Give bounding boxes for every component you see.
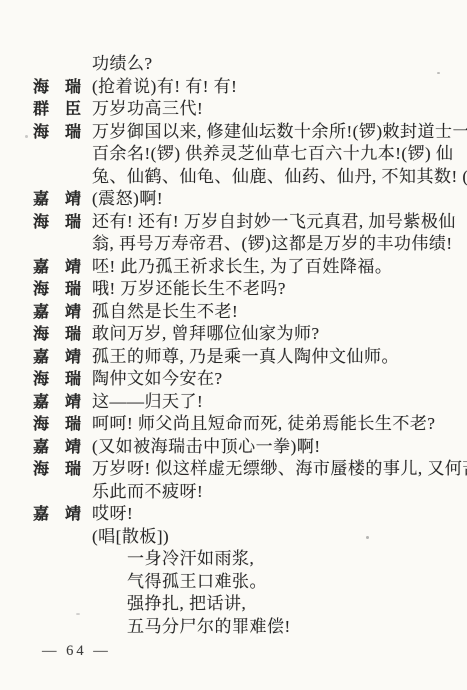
dialogue-text: 功绩么?: [92, 53, 453, 76]
dialogue-text: 哎呀!: [92, 503, 453, 526]
script-line: 海 瑞(抢着说)有! 有! 有!: [33, 76, 453, 99]
scan-speck: [76, 613, 80, 615]
dialogue-text: 孤王的师尊, 乃是乘一真人陶仲文仙师。: [92, 346, 453, 369]
dialogue-text: 万岁功高三代!: [92, 98, 453, 121]
dialogue-text: 兔、仙鹤、仙龟、仙鹿、仙药、仙丹, 不知其数! (锣): [92, 166, 467, 189]
speaker-name: 群 臣: [33, 98, 92, 121]
speaker-name: 嘉 靖: [33, 391, 92, 414]
speaker-name: 嘉 靖: [33, 188, 92, 211]
dialogue-text: 陶仲文如今安在?: [92, 368, 453, 391]
script-line-stage-direction: (唱[散板]): [33, 526, 453, 549]
script-line: 嘉 靖(又如被海瑞击中顶心一拳)啊!: [33, 436, 453, 459]
speaker-name: 嘉 靖: [33, 301, 92, 324]
speaker-name: 海 瑞: [33, 323, 92, 346]
script-line: 海 瑞哦! 万岁还能长生不老吗?: [33, 278, 453, 301]
speaker-name: 嘉 靖: [33, 346, 92, 369]
speaker-name: 嘉 靖: [33, 256, 92, 279]
speaker-name: 海 瑞: [33, 76, 92, 99]
scan-speck: [366, 536, 369, 539]
verse-text: 一身冷汗如雨浆,: [127, 548, 453, 571]
dialogue-text: 这——归天了!: [92, 391, 453, 414]
verse-text: 气得孤王口难张。: [127, 571, 453, 594]
dialogue-text: (抢着说)有! 有! 有!: [92, 76, 453, 99]
script-line: 百余名!(锣) 供养灵芝仙草七百六十九本!(锣) 仙: [33, 143, 453, 166]
script-line: 海 瑞敢问万岁, 曾拜哪位仙家为师?: [33, 323, 453, 346]
script-line-verse: 气得孤王口难张。: [33, 571, 453, 594]
verse-text: 强挣扎, 把话讲,: [127, 593, 453, 616]
dialogue-text: 翁, 再号万寿帝君、(锣)这都是万岁的丰功伟绩!: [92, 233, 453, 256]
script-line: 海 瑞呵呵! 师父尚且短命而死, 徒弟焉能长生不老?: [33, 413, 453, 436]
speaker-name: 海 瑞: [33, 211, 92, 234]
dialogue-text: (震怒)啊!: [92, 188, 453, 211]
script-line: 海 瑞陶仲文如今安在?: [33, 368, 453, 391]
dialogue-text: 哦! 万岁还能长生不老吗?: [92, 278, 453, 301]
speaker-name: 海 瑞: [33, 121, 92, 144]
script-line-verse: 五马分尸尔的罪难偿!: [33, 616, 453, 639]
script-line: 嘉 靖孤王的师尊, 乃是乘一真人陶仲文仙师。: [33, 346, 453, 369]
dialogue-text: 万岁御国以来, 修建仙坛数十余所!(锣)敕封道士一: [92, 121, 467, 144]
script-line: 海 瑞万岁呀! 似这样虚无缥缈、海市蜃楼的事儿, 又何苦: [33, 458, 453, 481]
dialogue-text: 呸! 此乃孤王祈求长生, 为了百姓降福。: [92, 256, 453, 279]
dialogue-text: 百余名!(锣) 供养灵芝仙草七百六十九本!(锣) 仙: [92, 143, 453, 166]
script-line: 嘉 靖哎呀!: [33, 503, 453, 526]
script-line: 嘉 靖(震怒)啊!: [33, 188, 453, 211]
dialogue-text: 还有! 还有! 万岁自封妙一飞元真君, 加号紫极仙: [92, 211, 456, 234]
script-line: 翁, 再号万寿帝君、(锣)这都是万岁的丰功伟绩!: [33, 233, 453, 256]
speaker-name: 海 瑞: [33, 278, 92, 301]
script-line-verse: 强挣扎, 把话讲,: [33, 593, 453, 616]
script-line: 乐此而不疲呀!: [33, 481, 453, 504]
dialogue-text: 孤自然是长生不老!: [92, 301, 453, 324]
script-line: 嘉 靖呸! 此乃孤王祈求长生, 为了百姓降福。: [33, 256, 453, 279]
script-line-verse: 一身冷汗如雨浆,: [33, 548, 453, 571]
page-number: — 64 —: [42, 643, 111, 660]
script-line: 嘉 靖这——归天了!: [33, 391, 453, 414]
dialogue-text: (又如被海瑞击中顶心一拳)啊!: [92, 436, 453, 459]
speaker-name: 嘉 靖: [33, 436, 92, 459]
scanned-script-page: 功绩么? 海 瑞(抢着说)有! 有! 有! 群 臣万岁功高三代! 海 瑞万岁御国…: [0, 0, 467, 690]
speaker-name: 海 瑞: [33, 458, 92, 481]
script-line: 兔、仙鹤、仙龟、仙鹿、仙药、仙丹, 不知其数! (锣): [33, 166, 453, 189]
scan-speck: [25, 135, 28, 138]
dialogue-text: 乐此而不疲呀!: [92, 481, 453, 504]
speaker-name: 嘉 靖: [33, 503, 92, 526]
dialogue-text: 呵呵! 师父尚且短命而死, 徒弟焉能长生不老?: [92, 413, 453, 436]
script-line: 海 瑞万岁御国以来, 修建仙坛数十余所!(锣)敕封道士一: [33, 121, 453, 144]
speaker-name: 海 瑞: [33, 368, 92, 391]
script-line: 嘉 靖孤自然是长生不老!: [33, 301, 453, 324]
script-line: 海 瑞还有! 还有! 万岁自封妙一飞元真君, 加号紫极仙: [33, 211, 453, 234]
script-line: 功绩么?: [33, 53, 453, 76]
verse-text: 五马分尸尔的罪难偿!: [127, 616, 453, 639]
stage-direction-text: (唱[散板]): [92, 526, 453, 549]
script-line: 群 臣万岁功高三代!: [33, 98, 453, 121]
script-body: 功绩么? 海 瑞(抢着说)有! 有! 有! 群 臣万岁功高三代! 海 瑞万岁御国…: [33, 53, 453, 638]
speaker-name: 海 瑞: [33, 413, 92, 436]
dialogue-text: 万岁呀! 似这样虚无缥缈、海市蜃楼的事儿, 又何苦: [92, 458, 467, 481]
dialogue-text: 敢问万岁, 曾拜哪位仙家为师?: [92, 323, 453, 346]
scan-speck: [437, 72, 440, 74]
